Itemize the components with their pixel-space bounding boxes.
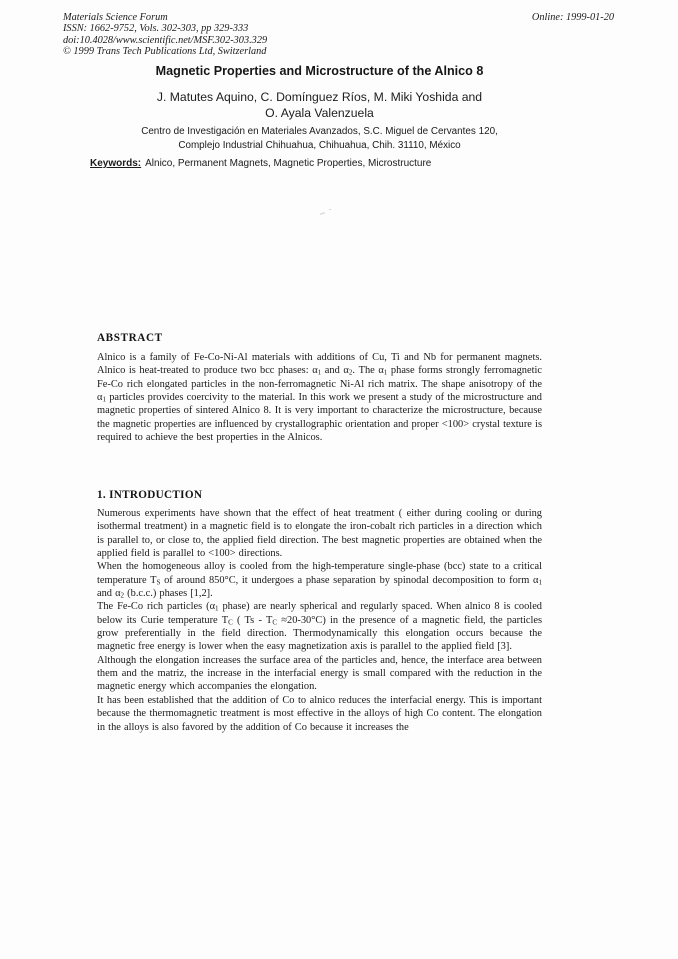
paper-title: Magnetic Properties and Microstructure o… (97, 64, 542, 79)
abstract-heading: ABSTRACT (97, 332, 163, 344)
affiliation-line-1: Centro de Investigación en Materiales Av… (77, 125, 562, 139)
authors-line-1: J. Matutes Aquino, C. Domínguez Ríos, M.… (97, 90, 542, 106)
authors-line-2: O. Ayala Valenzuela (97, 106, 542, 122)
abstract-text: Alnico is a family of Fe-Co-Ni-Al materi… (97, 351, 542, 444)
introduction-text: Numerous experiments have shown that the… (97, 507, 542, 734)
keywords-line: Keywords:Alnico, Permanent Magnets, Magn… (90, 158, 431, 169)
authors-block: J. Matutes Aquino, C. Domínguez Ríos, M.… (97, 90, 542, 121)
keywords-list: Alnico, Permanent Magnets, Magnetic Prop… (145, 158, 431, 169)
affiliation-line-2: Complejo Industrial Chihuahua, Chihuahua… (77, 139, 562, 153)
paper-page: Materials Science Forum ISSN: 1662-9752,… (0, 0, 678, 959)
scan-artifact-speck (329, 209, 331, 210)
journal-header-block: Materials Science Forum ISSN: 1662-9752,… (63, 12, 267, 57)
affiliation-block: Centro de Investigación en Materiales Av… (77, 125, 562, 152)
intro-paragraph-2: When the homogeneous alloy is cooled fro… (97, 560, 542, 600)
introduction-heading: 1. INTRODUCTION (97, 489, 202, 501)
intro-paragraph-1: Numerous experiments have shown that the… (97, 507, 542, 560)
intro-paragraph-4: Although the elongation increases the su… (97, 654, 542, 694)
journal-name: Materials Science Forum (63, 12, 267, 23)
intro-paragraph-3: The Fe-Co rich particles (α1 phase) are … (97, 600, 542, 653)
copyright-line: © 1999 Trans Tech Publications Ltd, Swit… (63, 46, 267, 57)
keywords-label: Keywords: (90, 158, 141, 169)
intro-paragraph-5: It has been established that the additio… (97, 694, 542, 734)
scan-artifact-speck (320, 212, 325, 214)
issn-line: ISSN: 1662-9752, Vols. 302-303, pp 329-3… (63, 23, 267, 34)
doi-line: doi:10.4028/www.scientific.net/MSF.302-3… (63, 35, 267, 46)
online-date: Online: 1999-01-20 (532, 12, 614, 23)
